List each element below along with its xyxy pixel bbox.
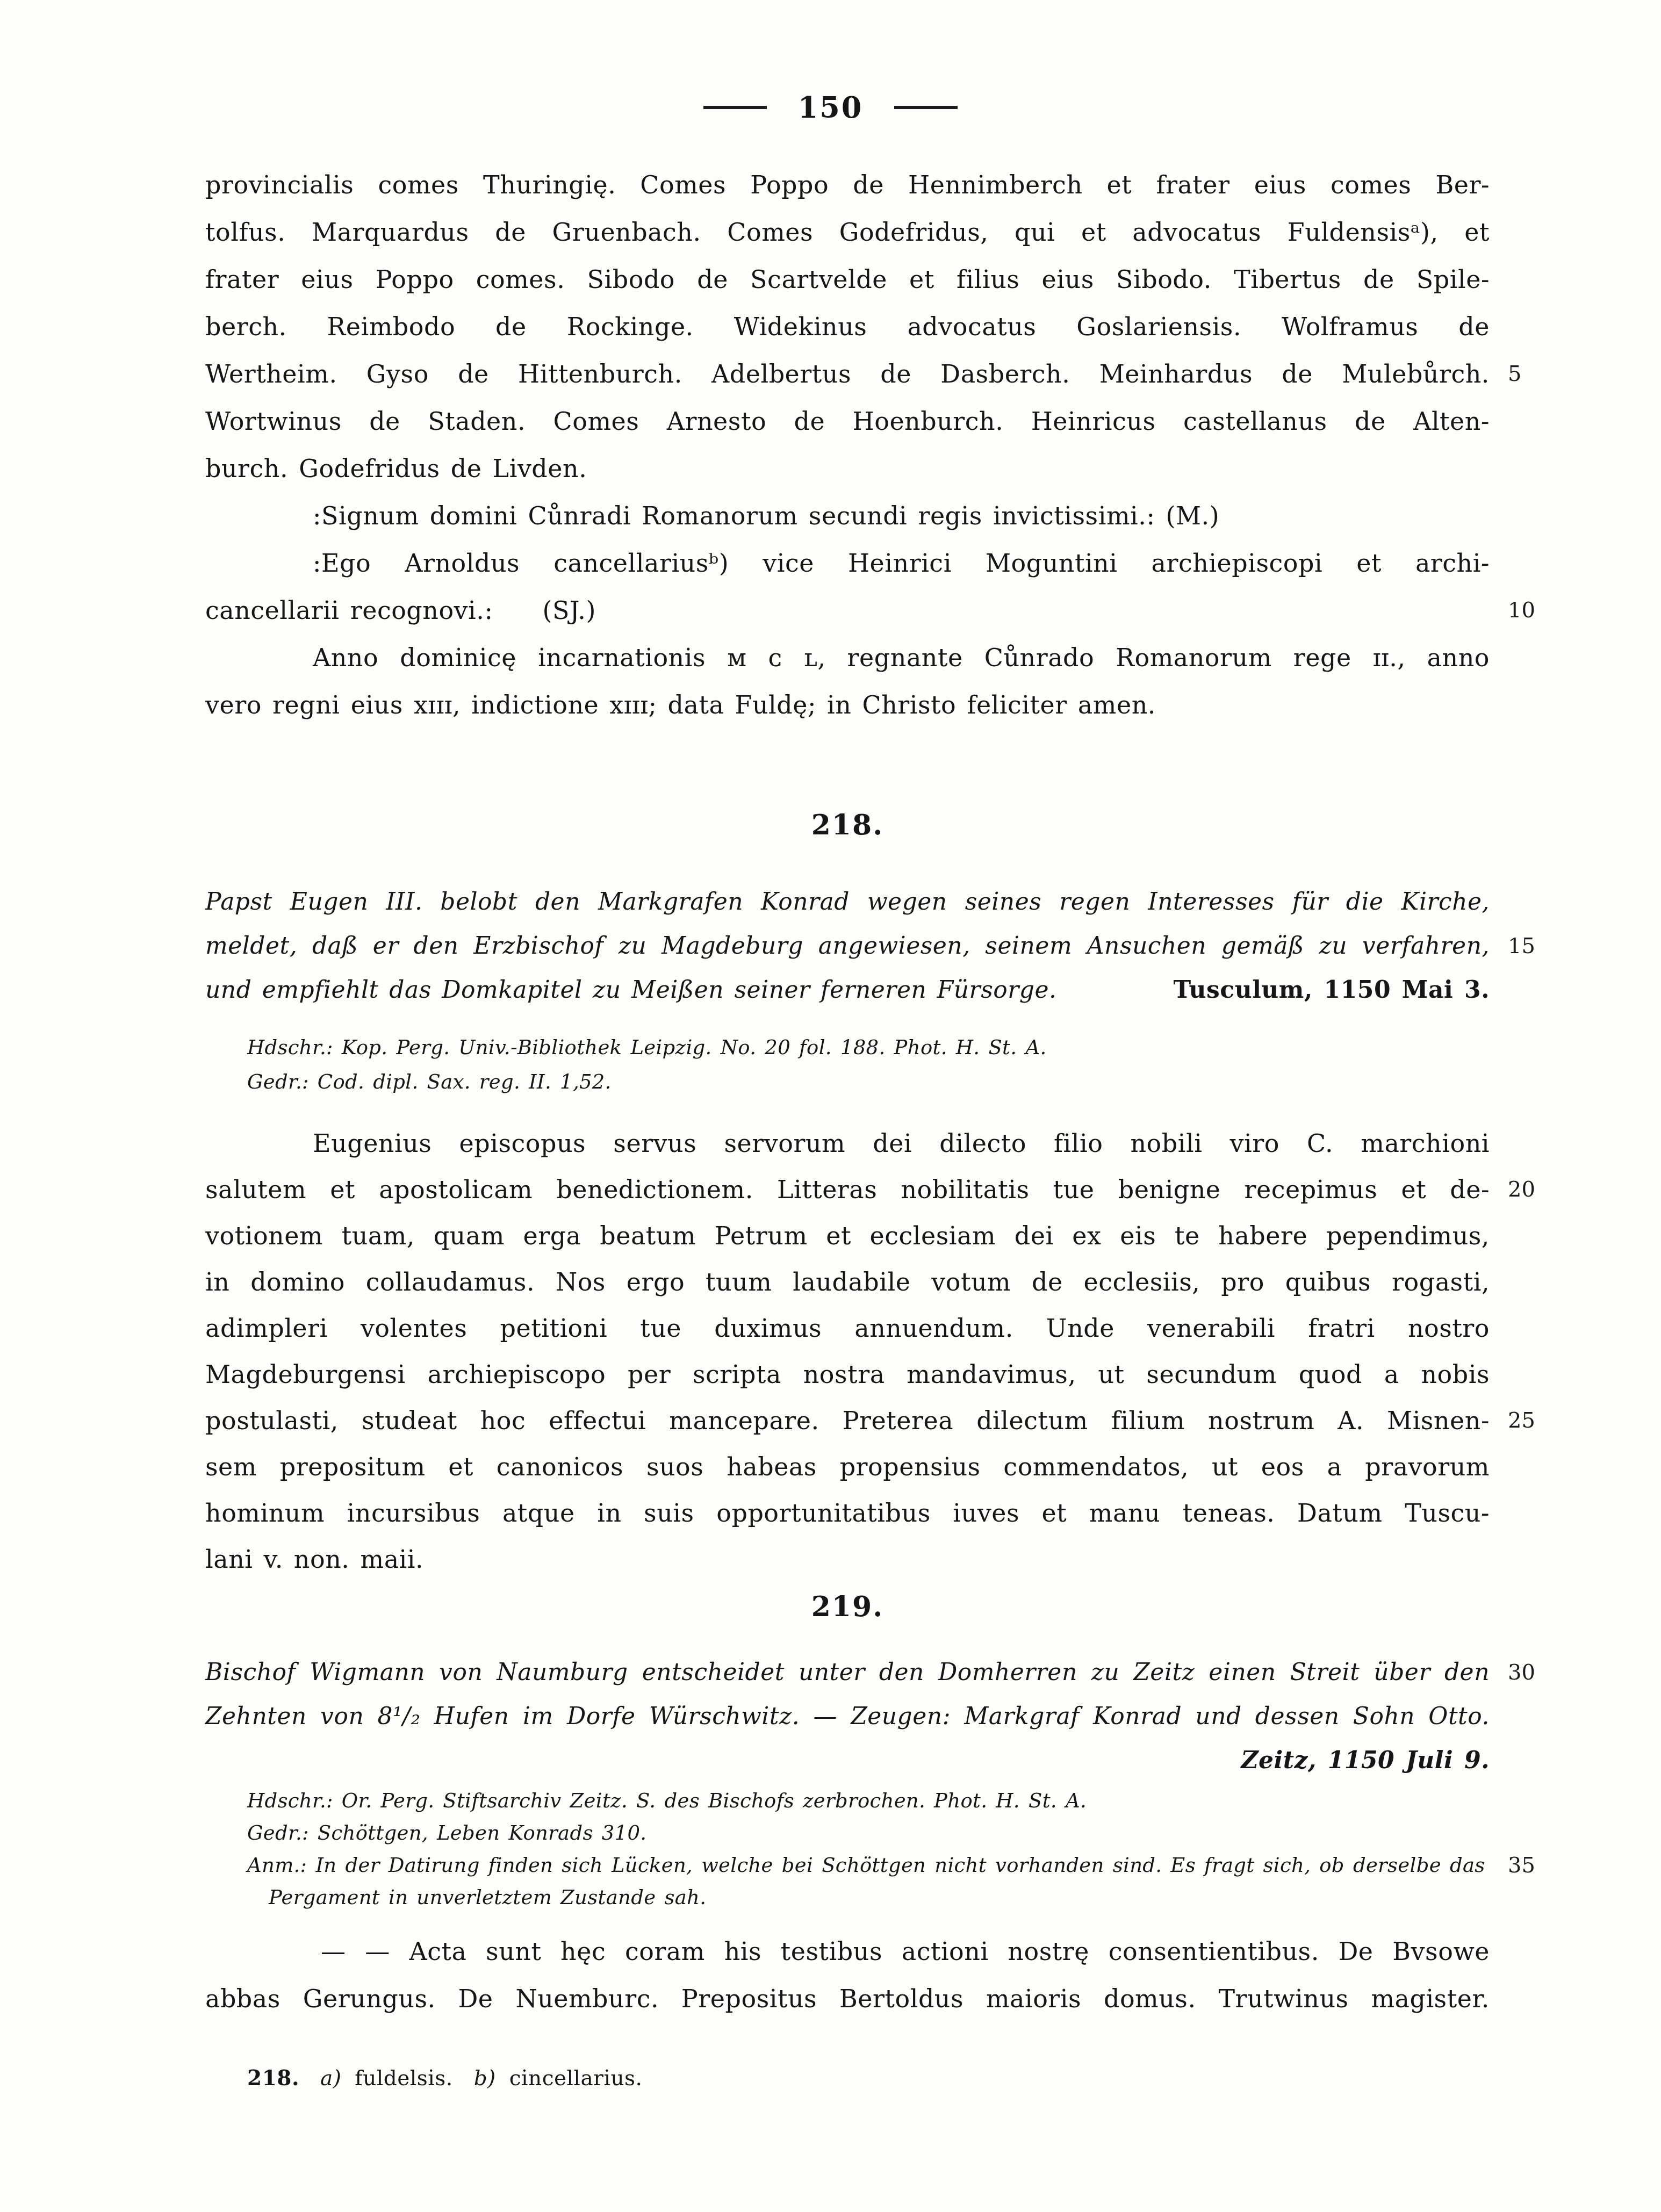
footnote-marker-b: b) xyxy=(460,2066,496,2091)
margin-line-number: 10 xyxy=(1508,587,1556,634)
summary-line: meldet, daß er den Erzbischof zu Magdebu… xyxy=(205,924,1490,968)
text-line: sem prepositum et canonicos suos habeas … xyxy=(205,1444,1490,1490)
text-line: :Ego Arnoldus cancellariusᵇ) vice Heinri… xyxy=(205,539,1490,587)
entry-219-number: 219. xyxy=(205,1590,1490,1623)
summary-last-line: und empfiehlt das Domkapitel zu Meißen s… xyxy=(205,968,1490,1012)
margin-line-number: 15 xyxy=(1508,924,1556,968)
footnote-218: 218. a) fuldelsis. b) cincellarius. xyxy=(247,2066,642,2091)
entry-218-sources: Hdschr.: Kop. Perg. Univ.-Bibliothek Lei… xyxy=(205,1031,1490,1099)
text-line: Anno dominicę incarnationis ᴍ ᴄ ʟ, regna… xyxy=(205,634,1490,681)
source-line-anm: Anm.: In der Datirung finden sich Lücken… xyxy=(205,1849,1490,1882)
source-line-anm-cont: Pergament in unverletztem Zustande sah. xyxy=(205,1882,1490,1914)
entry-218-number: 218. xyxy=(205,809,1490,841)
footnote-text-b: cincellarius. xyxy=(503,2066,643,2091)
text-line: Eugenius episcopus servus servorum dei d… xyxy=(205,1120,1490,1166)
text-line: — — Acta sunt hęc coram his testibus act… xyxy=(205,1928,1490,1975)
sj-mark: (SJ.) xyxy=(542,596,595,625)
summary-text: und empfiehlt das Domkapitel zu Meißen s… xyxy=(205,968,1056,1012)
margin-line-number: 25 xyxy=(1508,1397,1556,1444)
margin-line-number: 20 xyxy=(1508,1166,1556,1213)
entry-219-sources: Hdschr.: Or. Perg. Stiftsarchiv Zeitz. S… xyxy=(205,1785,1490,1914)
text-line: Wertheim. Gyso de Hittenburch. Adelbertu… xyxy=(205,350,1490,398)
summary-line: Zehnten von 8¹/₂ Hufen im Dorfe Würschwi… xyxy=(205,1695,1490,1739)
signum-line: :Signum domini Cůnradi Romanorum secundi… xyxy=(205,492,1490,539)
entry-218-date: Tusculum, 1150 Mai 3. xyxy=(1173,968,1490,1012)
text-line: lani v. non. maii. xyxy=(205,1536,1490,1582)
text-line: Magdeburgensi archiepiscopo per scripta … xyxy=(205,1351,1490,1397)
text-line: burch. Godefridus de Livden. xyxy=(205,445,1490,492)
page-header: 150 xyxy=(0,90,1661,125)
text-line: provincialis comes Thuringię. Comes Popp… xyxy=(205,161,1490,208)
text-line: abbas Gerungus. De Nuemburc. Prepositus … xyxy=(205,1975,1490,2022)
header-rule-right xyxy=(894,106,958,109)
summary-line: Papst Eugen III. belobt den Markgrafen K… xyxy=(205,880,1490,924)
text-line: adimpleri volentes petitioni tue duximus… xyxy=(205,1305,1490,1351)
text-line: vero regni eius xɪɪɪ, indictione xɪɪɪ; d… xyxy=(205,681,1490,729)
text-line: frater eius Poppo comes. Sibodo de Scart… xyxy=(205,256,1490,303)
footnote-entry-label: 218. xyxy=(247,2066,299,2091)
text-line: tolfus. Marquardus de Gruenbach. Comes G… xyxy=(205,208,1490,256)
header-rule-left xyxy=(703,106,767,109)
text-line: votionem tuam, quam erga beatum Petrum e… xyxy=(205,1213,1490,1259)
footnote-text-a: fuldelsis. xyxy=(348,2066,452,2091)
entry-218-body: Eugenius episcopus servus servorum dei d… xyxy=(205,1120,1490,1582)
entry-219-date: Zeitz, 1150 Juli 9. xyxy=(205,1739,1490,1783)
recognition-text: cancellarii recognovi.: xyxy=(205,596,493,625)
margin-line-number: 30 xyxy=(1508,1651,1556,1695)
text-line: salutem et apostolicam benedictionem. Li… xyxy=(205,1166,1490,1213)
page-number: 150 xyxy=(798,90,864,125)
entry-219-body: — — Acta sunt hęc coram his testibus act… xyxy=(205,1928,1490,2022)
text-line: postulasti, studeat hoc effectui mancepa… xyxy=(205,1397,1490,1444)
entry-218-summary: Papst Eugen III. belobt den Markgrafen K… xyxy=(205,880,1490,1012)
margin-line-number: 5 xyxy=(1508,350,1556,398)
summary-line: Bischof Wigmann von Naumburg entscheidet… xyxy=(205,1651,1490,1695)
source-line-gedr: Gedr.: Cod. dipl. Sax. reg. II. 1,52. xyxy=(205,1065,1490,1099)
witness-list-paragraph: provincialis comes Thuringię. Comes Popp… xyxy=(205,161,1490,729)
text-line: Wortwinus de Staden. Comes Arnesto de Ho… xyxy=(205,398,1490,445)
text-line: hominum incursibus atque in suis opportu… xyxy=(205,1490,1490,1536)
entry-219-summary: Bischof Wigmann von Naumburg entscheidet… xyxy=(205,1651,1490,1783)
source-line-hdschr: Hdschr.: Or. Perg. Stiftsarchiv Zeitz. S… xyxy=(205,1785,1490,1817)
text-line: in domino collaudamus. Nos ergo tuum lau… xyxy=(205,1259,1490,1305)
footnote-marker-a: a) xyxy=(306,2066,341,2091)
margin-line-number: 35 xyxy=(1508,1849,1556,1882)
source-line-gedr: Gedr.: Schöttgen, Leben Konrads 310. xyxy=(205,1817,1490,1849)
text-line: berch. Reimbodo de Rockinge. Widekinus a… xyxy=(205,303,1490,350)
scanned-document-page: 150 provincialis comes Thuringię. Comes … xyxy=(0,0,1661,2212)
recognition-line: cancellarii recognovi.:(SJ.) xyxy=(205,587,1490,634)
source-line-hdschr: Hdschr.: Kop. Perg. Univ.-Bibliothek Lei… xyxy=(205,1031,1490,1065)
